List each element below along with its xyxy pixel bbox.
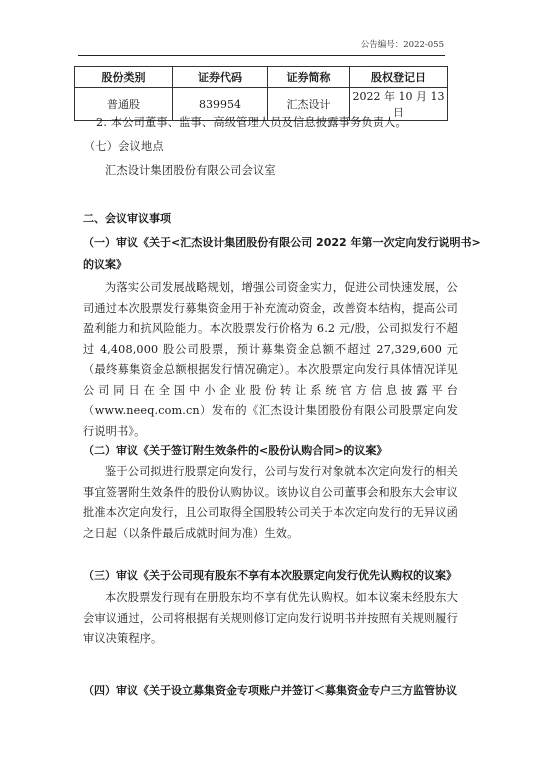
securities-table: 股份类别 证券代码 证券简称 股权登记日 普通股 839954 汇杰设计 202… — [74, 66, 448, 121]
item-1-heading: （一）审议《关于<汇杰设计集团股份有限公司 2022 年第一次定向发行说明书> — [83, 234, 481, 250]
col-header-record-date: 股权登记日 — [350, 67, 448, 88]
item-1-body: 为落实公司发展战略规划，增强公司资金实力，促进公司快速发展，公司通过本次股票发行… — [83, 278, 458, 442]
announcement-number: 公告编号：2022-055 — [361, 38, 444, 50]
location-text: 汇杰设计集团股份有限公司会议室 — [105, 162, 276, 178]
col-header-security-abbr: 证券简称 — [268, 67, 350, 88]
section-title: 二、会议审议事项 — [83, 210, 171, 226]
header-divider — [78, 55, 445, 56]
item-4-heading: （四）审议《关于设立募集资金专项账户并签订＜募集资金专户三方监管协议 — [83, 682, 457, 698]
item-3-heading: （三）审议《关于公司现有股东不享有本次股票定向发行优先认购权的议案》 — [83, 567, 457, 583]
col-header-share-type: 股份类别 — [75, 67, 173, 88]
item-2-body: 鉴于公司拟进行股票定向发行，公司与发行对象就本次定向发行的相关事宜签署附生效条件… — [83, 462, 458, 544]
table-header-row: 股份类别 证券代码 证券简称 股权登记日 — [75, 67, 448, 88]
item-1-heading-cont: 的议案》 — [83, 256, 127, 272]
attendee-item-2: 2. 本公司董事、监事、高级管理人员及信息披露事务负责人。 — [96, 114, 407, 130]
item-2-heading: （二）审议《关于签订附生效条件的<股份认购合同>的议案》 — [83, 442, 387, 458]
item-3-body: 本次股票发行现有在册股东均不享有优先认购权。如本议案未经股东大会审议通过，公司将… — [83, 588, 458, 650]
col-header-security-code: 证券代码 — [173, 67, 268, 88]
location-heading: （七）会议地点 — [84, 138, 164, 154]
